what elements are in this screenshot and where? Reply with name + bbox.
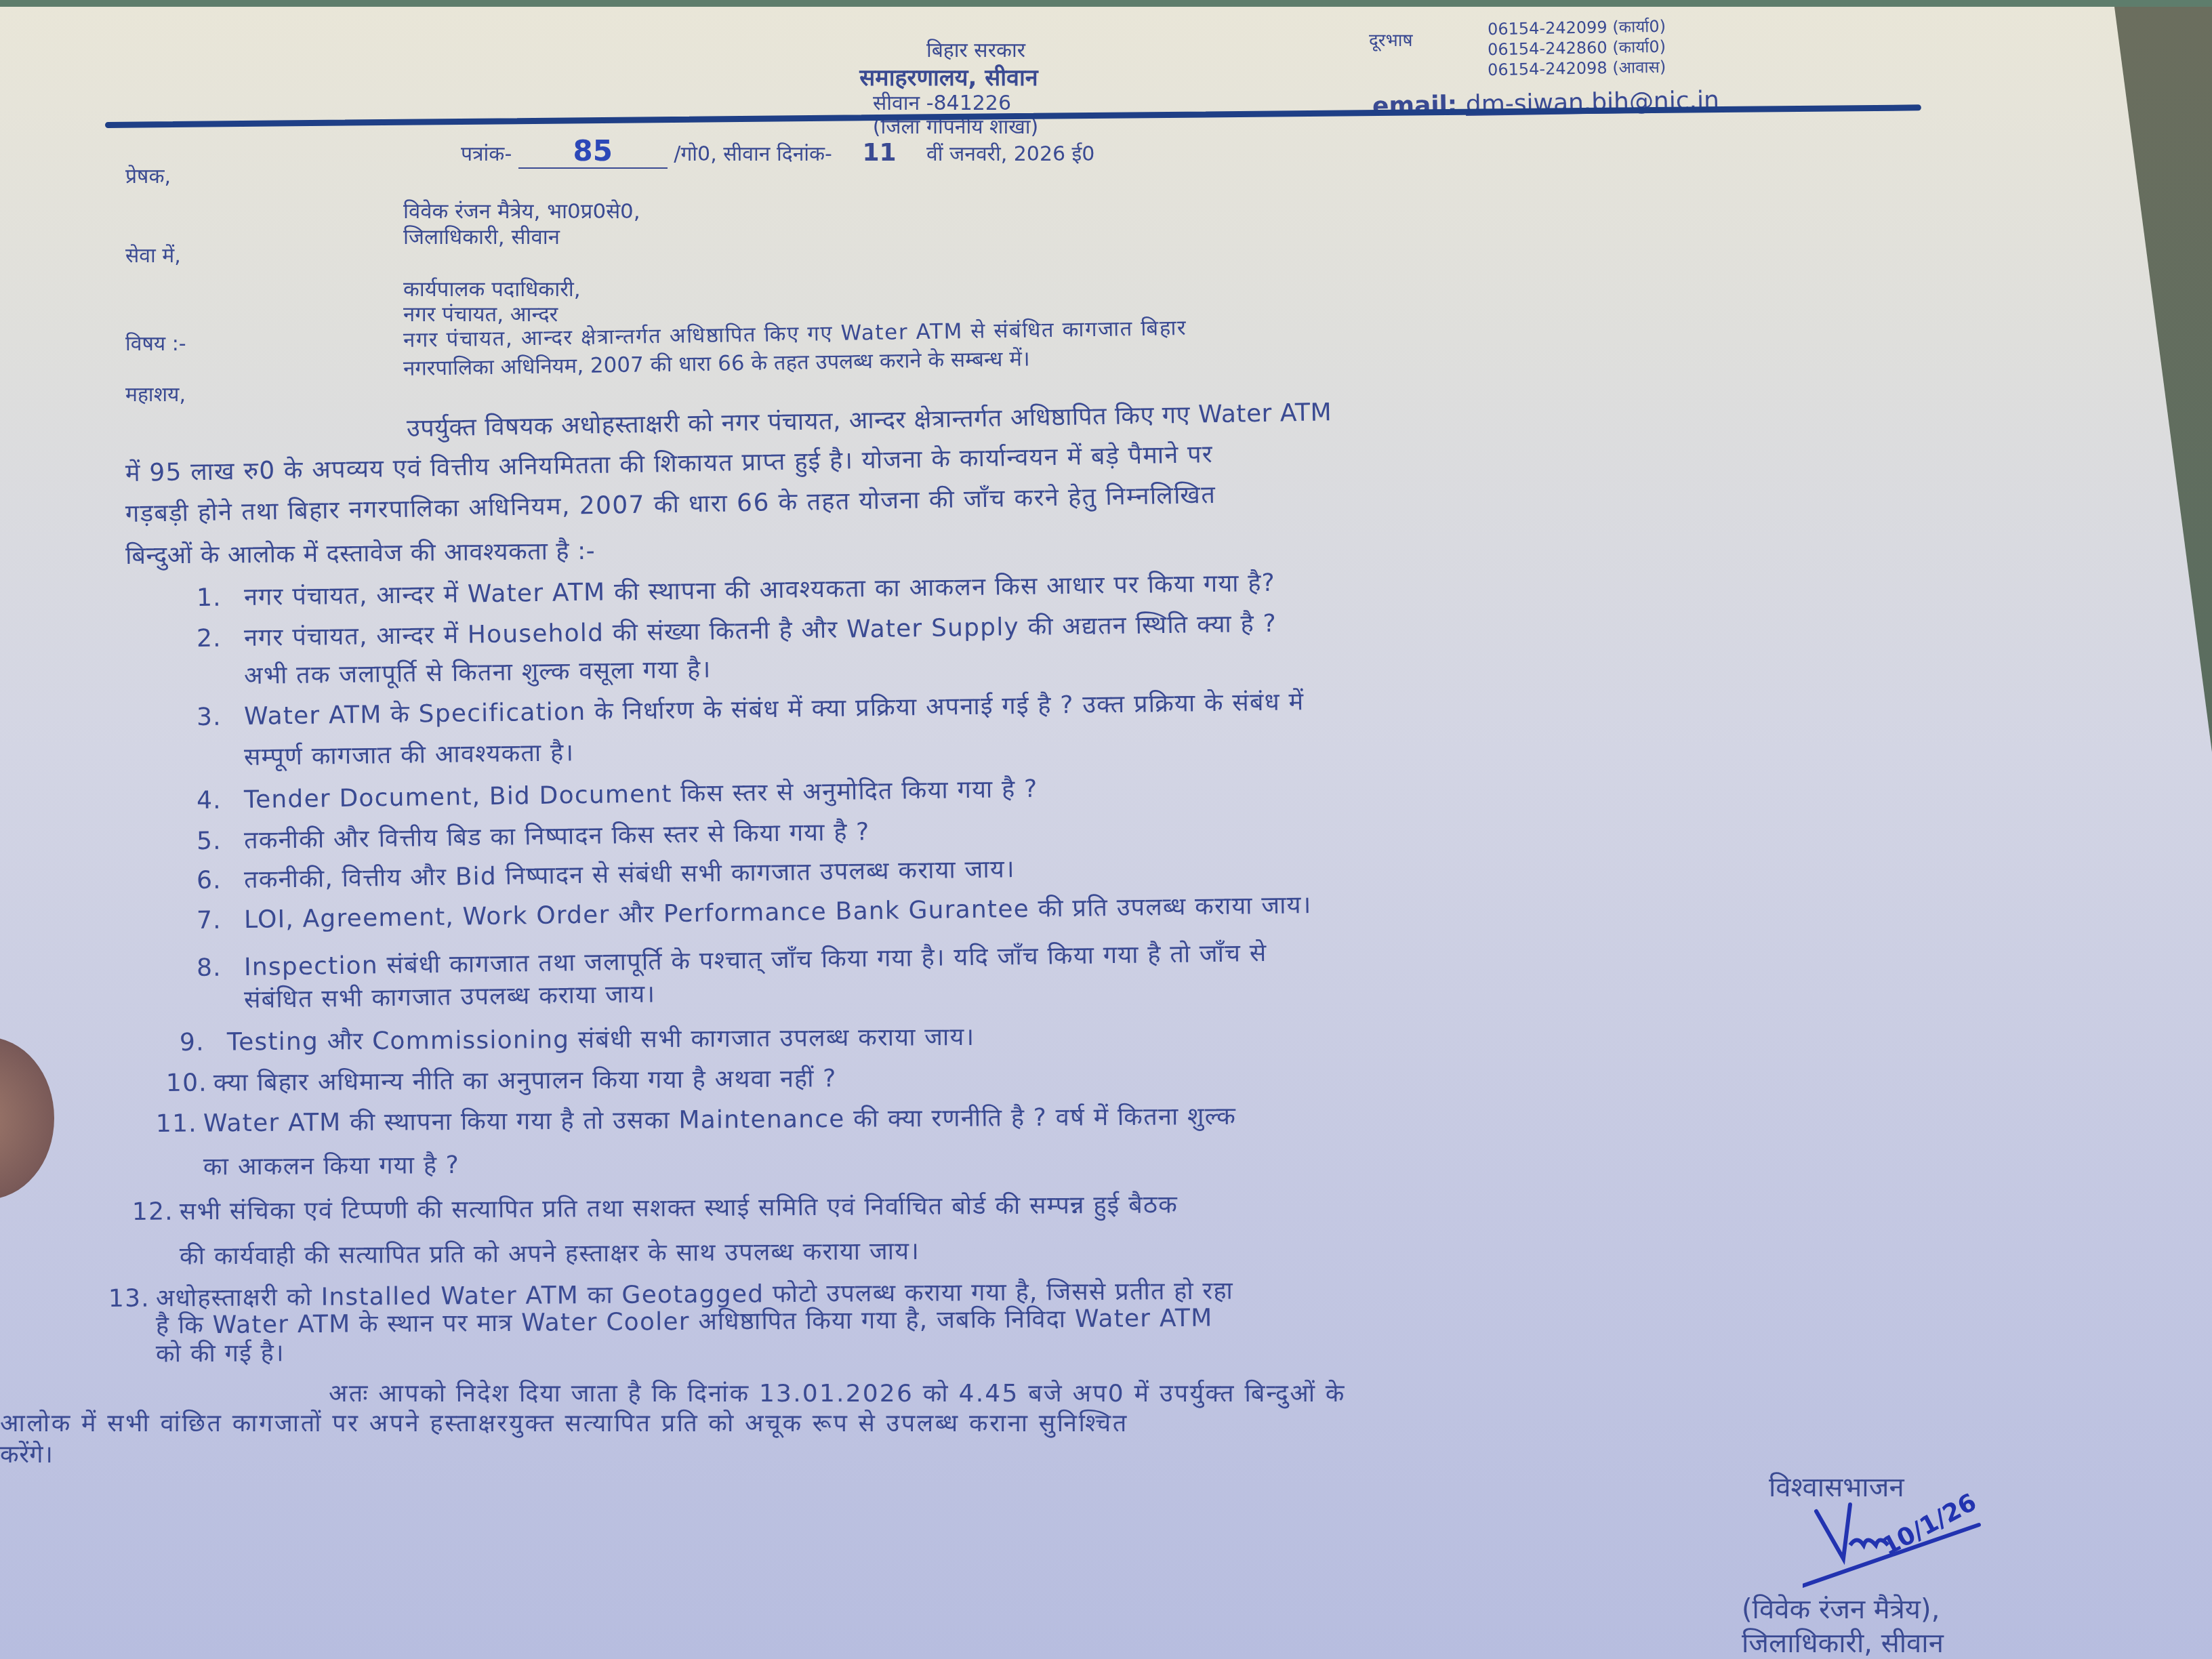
indent <box>197 684 244 684</box>
point-text: नगर पंचायत, आन्दर में Water ATM की स्थाप… <box>244 569 1276 611</box>
closing-line-2: आलोक में सभी वांछित कागजातों पर अपने हस्… <box>0 1406 1128 1439</box>
point-number: 3. <box>197 703 245 731</box>
point-text: संबंधित सभी कागजात उपलब्ध कराया जाय। <box>244 981 656 1014</box>
point-item-continuation: की कार्यवाही की सत्यापित प्रति को अपने ह… <box>132 1233 920 1272</box>
subject-label: विषय :- <box>125 329 186 356</box>
intro-line-4: बिन्दुओं के आलोक में दस्तावेज की आवश्यकत… <box>125 533 596 571</box>
letter-page: बिहार सरकार समाहरणालय, सीवान सीवान -8412… <box>0 7 2212 1659</box>
point-text: Testing और Commissioning संबंधी सभी कागज… <box>227 1023 975 1057</box>
point-text: LOI, Agreement, Work Order और Performanc… <box>244 891 1312 934</box>
date-day: 11 <box>839 139 920 167</box>
point-number: 5. <box>197 827 245 855</box>
point-text: क्या बिहार अधिमान्य नीति का अनुपालन किया… <box>213 1065 837 1097</box>
signatory-designation: जिलाधिकारी, सीवान <box>1742 1623 1944 1659</box>
point-number: 8. <box>197 954 245 982</box>
point-item-continuation: संबंधित सभी कागजात उपलब्ध कराया जाय। <box>197 977 656 1016</box>
point-item: 7.LOI, Agreement, Work Order और Performa… <box>197 887 1312 936</box>
point-number: 2. <box>197 624 245 653</box>
sender-designation: जिलाधिकारी, सीवान <box>403 222 560 251</box>
point-item: 3.Water ATM के Specification के निर्धारण… <box>197 684 1305 733</box>
point-text: Inspection संबंधी कागजात तथा जलापूर्ति क… <box>244 939 1267 981</box>
point-item-continuation: सम्पूर्ण कागजात की आवश्यकता है। <box>197 735 575 773</box>
recipient-designation: कार्यपालक पदाधिकारी, <box>403 274 581 303</box>
patrank-label: पत्रांक- <box>461 142 512 166</box>
point-item: 5.तकनीकी और वित्तीय बिड का निष्पादन किस … <box>197 814 870 857</box>
date-rest: वीं जनवरी, 2026 ई0 <box>926 142 1094 166</box>
point-number: 11. <box>156 1110 203 1138</box>
point-item-continuation: को की गई है। <box>108 1335 285 1370</box>
point-text: को की गई है। <box>156 1339 285 1368</box>
point-item: 4.Tender Document, Bid Document किस स्तर… <box>197 771 1038 816</box>
point-text: सम्पूर्ण कागजात की आवश्यकता है। <box>244 739 575 771</box>
closing-line-3: करेंगे। <box>0 1437 53 1470</box>
letterhead-govt: बिहार सरकार <box>834 35 1118 63</box>
point-item: 12.सभी संचिका एवं टिप्पणी की सत्यापित प्… <box>132 1187 1178 1227</box>
point-item: 8.Inspection संबंधी कागजात तथा जलापूर्ति… <box>197 935 1267 983</box>
point-text: है कि Water ATM के स्थान पर मात्र Water … <box>156 1305 1213 1340</box>
point-item: 9.Testing और Commissioning संबंधी सभी का… <box>180 1019 975 1058</box>
indent <box>197 1008 244 1008</box>
point-item: 6.तकनीकी, वित्तीय और Bid निष्पादन से संब… <box>197 851 1015 896</box>
point-text: Water ATM के Specification के निर्धारण क… <box>244 688 1305 731</box>
point-number: 12. <box>132 1198 180 1226</box>
point-text: Water ATM की स्थापना किया गया है तो उसका… <box>203 1103 1236 1138</box>
signatory-name: (विवेक रंजन मैत्रेय), <box>1742 1589 1940 1626</box>
sender-name: विवेक रंजन मैत्रेय, भा0प्र0से0, <box>403 197 640 225</box>
patrank-number: 85 <box>518 134 668 169</box>
point-text: Tender Document, Bid Document किस स्तर स… <box>244 775 1038 814</box>
point-item: 10.क्या बिहार अधिमान्य नीति का अनुपालन क… <box>166 1061 837 1099</box>
point-number: 4. <box>197 786 245 815</box>
point-text: तकनीकी, वित्तीय और Bid निष्पादन से संबंध… <box>244 855 1015 894</box>
point-item: 2.नगर पंचायत, आन्दर में Household की संख… <box>197 606 1277 654</box>
point-number: 9. <box>180 1029 227 1057</box>
point-number: 10. <box>166 1069 213 1097</box>
photo-top-border <box>0 0 2212 7</box>
point-text: नगर पंचायत, आन्दर में Household की संख्य… <box>244 610 1277 652</box>
point-text: अभी तक जलापूर्ति से कितना शुल्क वसूला गय… <box>244 655 712 690</box>
point-item: 1.नगर पंचायत, आन्दर में Water ATM की स्थ… <box>197 565 1276 613</box>
point-item-continuation: अभी तक जलापूर्ति से कितना शुल्क वसूला गय… <box>197 651 712 692</box>
point-number: 6. <box>197 866 245 895</box>
salutation: महाशय, <box>125 380 186 407</box>
email-label: email: <box>1372 91 1458 120</box>
reference-line: पत्रांक- 85 /गो0, सीवान दिनांक- 11 वीं ज… <box>461 134 1094 169</box>
sender-label: प्रेषक, <box>125 161 171 189</box>
closing-line-1: अतः आपको निदेश दिया जाता है कि दिनांक 13… <box>329 1376 1346 1409</box>
point-number: 1. <box>197 583 245 612</box>
patrank-suffix: /गो0, सीवान दिनांक- <box>674 142 832 166</box>
point-item-continuation: का आकलन किया गया है ? <box>156 1147 459 1183</box>
finger-holding-page <box>0 1037 54 1200</box>
point-text: तकनीकी और वित्तीय बिड का निष्पादन किस स्… <box>244 818 870 855</box>
indent <box>197 765 244 766</box>
point-number: 7. <box>197 906 245 935</box>
point-text: की कार्यवाही की सत्यापित प्रति को अपने ह… <box>180 1237 920 1271</box>
recipient-label: सेवा में, <box>125 241 181 268</box>
phone-label: दूरभाष <box>1369 27 1412 52</box>
point-item: 11.Water ATM की स्थापना किया गया है तो उ… <box>156 1099 1236 1139</box>
phone-number: 06154-242098 (आवास) <box>1488 56 1666 81</box>
point-text: का आकलन किया गया है ? <box>203 1151 459 1181</box>
point-text: सभी संचिका एवं टिप्पणी की सत्यापित प्रति… <box>180 1191 1178 1225</box>
